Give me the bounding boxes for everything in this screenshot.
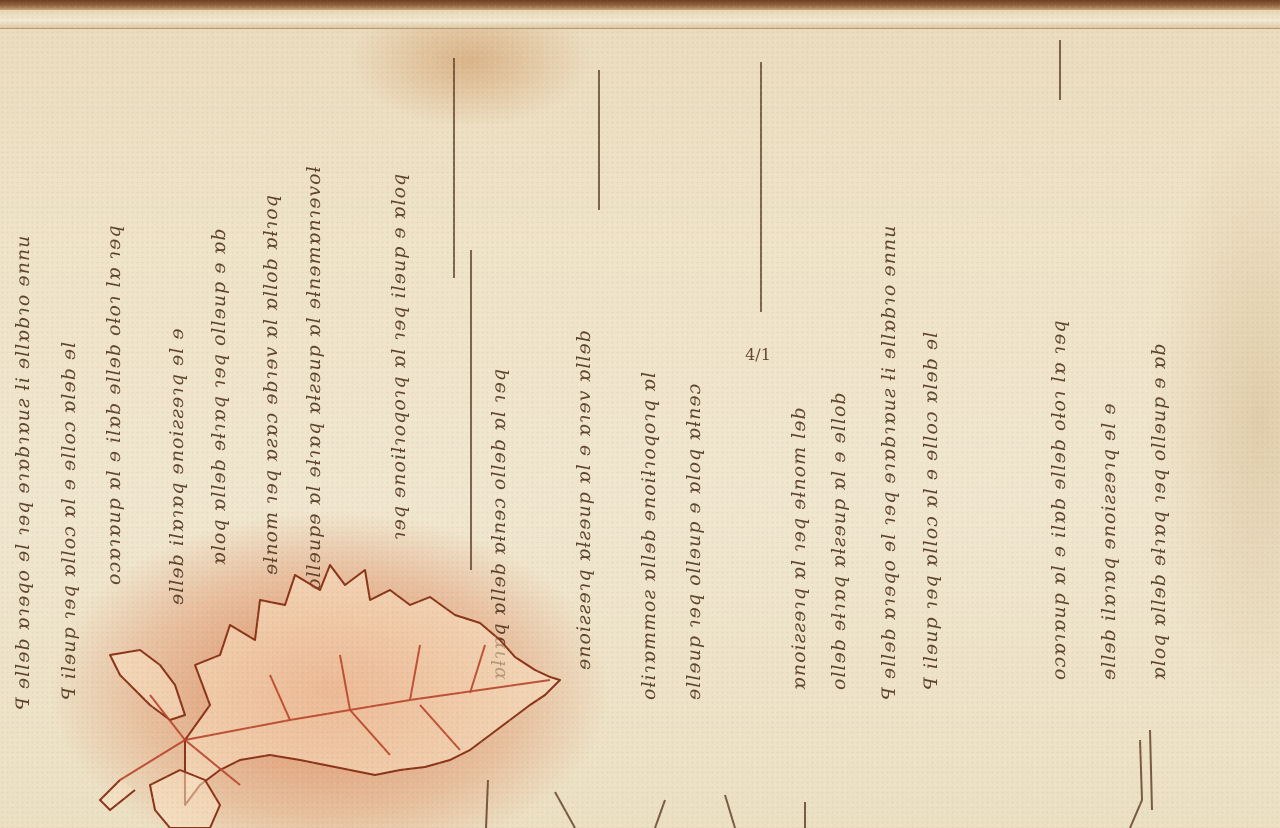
- page-top-edge: [0, 0, 1280, 10]
- fraction-mark: 4/1: [738, 345, 778, 405]
- script-column: ꟼ ilɘup ɿɘq ɒlloɔ ɒl ɘ ɘlloɔ ɒlɘb ɘl: [922, 70, 941, 690]
- script-column: ɘllɘb ilɒɿɒq ɘnoiƨƨɘɿq ɘl ɘ: [1100, 50, 1119, 680]
- script-column: ɘƚnom ɿɘq ɒƨɒɔ ɘbɿɘv ɒl ɒllob ɒƚɿoq: [262, 55, 281, 575]
- script-column: ɿɘq ɘnoiƚɿoqoɿq ɒl ɿɘq ilɘup ɘ ɒloq: [390, 90, 409, 540]
- script-column: ꟼ ilɘup ɿɘq ɒlloɔ ɒl ɘ ɘlloɔ ɒlɘb ɘl: [60, 40, 79, 700]
- pen-sketches: [440, 730, 1220, 828]
- script-column: oƚiɿɒmmoƨ ɒllɘb ɘnoiƚɿoqoɿq ɒl: [640, 80, 659, 700]
- script-column: ɒloq ɒllɘb ɘƚɿɒq ɿɘq ollɘup ɘ ɒb: [210, 45, 229, 565]
- script-column: oɔɒɿɒup ɒl ɘ ilɒb ɘllɘb oƚoɿ lɒ ɿɘq: [1050, 100, 1069, 680]
- script-column: ꟼ ɘllɘb ɒɿɘqo ɘl ɿɘq ɘɿɒbɿɒuƨ ƚi ɘllɒbɿo…: [880, 60, 899, 700]
- ruled-line: [598, 70, 600, 210]
- script-column: ɘllɘb ilɒɿɒq ɘnoiƨƨɘɿq ɘl ɘ: [168, 45, 187, 605]
- script-column: ɘllɘup ɿɘq ollɘup ɘ ɒloq ɒƚnɘɔ: [685, 80, 704, 700]
- manuscript-page: ꟼ ɘllɘb ɒɿɘqo ɘl ɿɘq ɘɿɒbɿɒuƨ ƚi ɘllɒbɿo…: [0, 0, 1280, 828]
- script-column: ollɘb ɘƚɿɒq ɒƚƨɘup ɒl ɘ ɘllob: [830, 60, 849, 690]
- ruled-line: [1059, 40, 1061, 100]
- script-column: ɒloq ɒllɘb ɘƚɿɒq ɿɘq ollɘup ɘ ɒb: [1150, 60, 1169, 680]
- ruled-line: [470, 250, 472, 570]
- script-column: ꟼ ɘllɘb ɒɿɘqo ɘl ɿɘq ɘɿɒbɿɒuƨ ƚi ɘllɒbɿo…: [14, 40, 33, 710]
- page-top-fold: [0, 10, 1280, 29]
- script-column: oɔɒɿɒup ɒl ɘ ilɒb ɘllɘb oƚoɿ lɒ ɿɘq: [105, 45, 124, 585]
- leaf-stem: [100, 780, 135, 810]
- ruled-line: [453, 58, 455, 278]
- script-column: ɒnoiƨƨɘɿq ɒl ɿɘq ɘƚnom lɘb: [790, 50, 809, 690]
- ruled-line: [760, 62, 762, 312]
- script-column: ollɘupɘ ɒl ɘƚɿɒq ɒƚƨɘup ɒl ɘƚnɘmɒnɿɘvoƚ: [305, 50, 324, 590]
